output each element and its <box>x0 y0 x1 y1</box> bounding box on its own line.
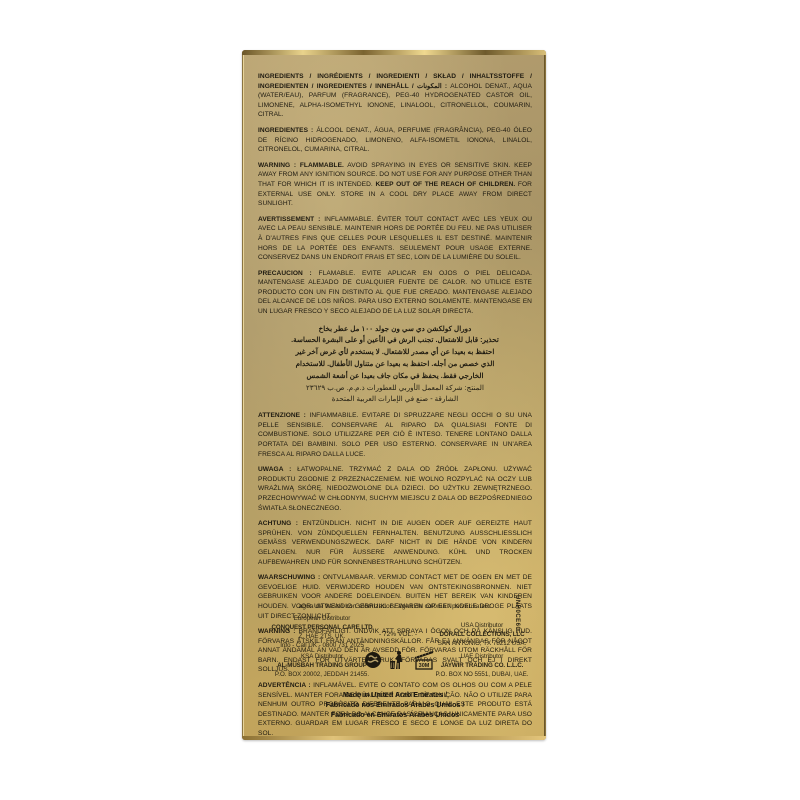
warning-pl-text: ŁATWOPALNE. TRZYMAĆ Z DALA OD ŹRÓDŁ ZAPŁ… <box>258 466 532 511</box>
warning-fr-label: AVERTISSEMENT : <box>258 216 320 223</box>
product-type-line: agua de fresco con atomizador / água de … <box>258 603 532 610</box>
made-in-statement: Made in United Arab Emirates / Fabricado… <box>258 690 532 720</box>
arabic-line: دورال كولكشن دي سي ون جولد ١٠٠ مل عطر بخ… <box>258 323 532 335</box>
recycle-globe-icon <box>364 651 382 669</box>
made-in-en: Made in United Arab Emirates / <box>258 690 532 700</box>
arabic-line: تحذير: قابل للاشتعال. تجنب الرش في الأعي… <box>258 334 532 346</box>
warning-fr-paragraph: AVERTISSEMENT : INFLAMMABLE. ÉVITER TOUT… <box>258 215 532 263</box>
warning-pl-paragraph: UWAGA : ŁATWOPALNE. TRZYMAĆ Z DALA OD ŹR… <box>258 465 532 513</box>
ingredientes-paragraph: INGREDIENTES : ÁLCOOL DENAT., ÁGUA, PERF… <box>258 126 532 155</box>
arabic-line: المنتج: شركة المعمل الأوربي للعطورات ذ.م… <box>258 382 532 394</box>
warning-en-flammable: FLAMMABLE. <box>300 162 344 169</box>
warning-de-paragraph: ACHTUNG : ENTZÜNDLICH. NICHT IN DIE AUGE… <box>258 519 532 567</box>
distributor-uae-name: JAYWIR TRADING CO. L.L.C. <box>426 661 538 670</box>
arabic-line: الخارجي فقط. يحفظ في مكان جاف بعيدا عن أ… <box>258 370 532 382</box>
arabic-line: الشارقة - صنع في الإمارات العربية المتحد… <box>258 393 532 405</box>
warning-pl-label: UWAGA : <box>258 466 291 473</box>
warning-it-label: ATTENZIONE : <box>258 412 306 419</box>
ingredientes-label: INGREDIENTES : <box>258 127 313 134</box>
warning-en-children: KEEP OUT OF THE REACH OF CHILDREN. <box>375 181 515 188</box>
arabic-line: احتفظ به بعيدا عن أي مصدر للاشتعال. لا ي… <box>258 346 532 358</box>
warning-es-paragraph: PRECAUCION : FLAMABLE. EVITE APLICAR EN … <box>258 269 532 317</box>
distributor-usa-title: USA Distributor <box>426 621 538 630</box>
distributor-usa-name: DORALL COLLECTIONS, LLC <box>426 630 538 639</box>
made-in-pt: Fabricado nos Emirados Árabes Unidos / <box>258 700 532 710</box>
distributor-eu-name: CONQUEST PERSONAL CARE LTD <box>262 623 382 632</box>
warning-es-label: PRECAUCION : <box>258 270 312 277</box>
distributor-eu-title: European Distributor <box>262 614 382 623</box>
tidyman-bin-icon <box>388 650 406 670</box>
warning-en-paragraph: WARNING : FLAMMABLE. AVOID SPRAYING IN E… <box>258 161 532 209</box>
distributor-uae-address: P.O. BOX NO 5551, DUBAI, UAE. <box>426 670 538 679</box>
arabic-line: الذي خصص من أجله. احتفظ به بعيدا عن متنا… <box>258 358 532 370</box>
warning-en-label: WARNING : <box>258 162 296 169</box>
arabic-warning-block: دورال كولكشن دي سي ون جولد ١٠٠ مل عطر بخ… <box>258 323 532 406</box>
warning-pt-label: ADVERTÊNCIA : <box>258 682 311 689</box>
distributor-eu-address: Z. HAE 2TS, UK. <box>262 632 382 641</box>
distributor-eu: European Distributor CONQUEST PERSONAL C… <box>262 614 382 650</box>
made-in-es: Fabricado en Emiratos Árabes Unidos <box>258 710 532 720</box>
alcohol-volume: - 72% VOL. - <box>373 631 423 638</box>
distributor-uae-title: UAE Distributor <box>426 652 538 661</box>
ingredients-paragraph: INGREDIENTS / INGRÉDIENTS / INGREDIENTI … <box>258 72 532 120</box>
distributor-usa: USA Distributor DORALL COLLECTIONS, LLC … <box>426 621 538 648</box>
warning-de-text: ENTZÜNDLICH. NICHT IN DIE AUGEN ODER AUF… <box>258 520 532 565</box>
distributor-uae: UAE Distributor JAYWIR TRADING CO. L.L.C… <box>426 652 538 679</box>
warning-nl-label: WAARSCHUWING : <box>258 574 320 581</box>
warning-de-label: ACHTUNG : <box>258 520 298 527</box>
distributor-usa-address: SAN ANTONIO, TX 78212 USA. <box>426 639 538 648</box>
warning-it-paragraph: ATTENZIONE : INFIAMMABILE. EVITARE DI SP… <box>258 411 532 459</box>
